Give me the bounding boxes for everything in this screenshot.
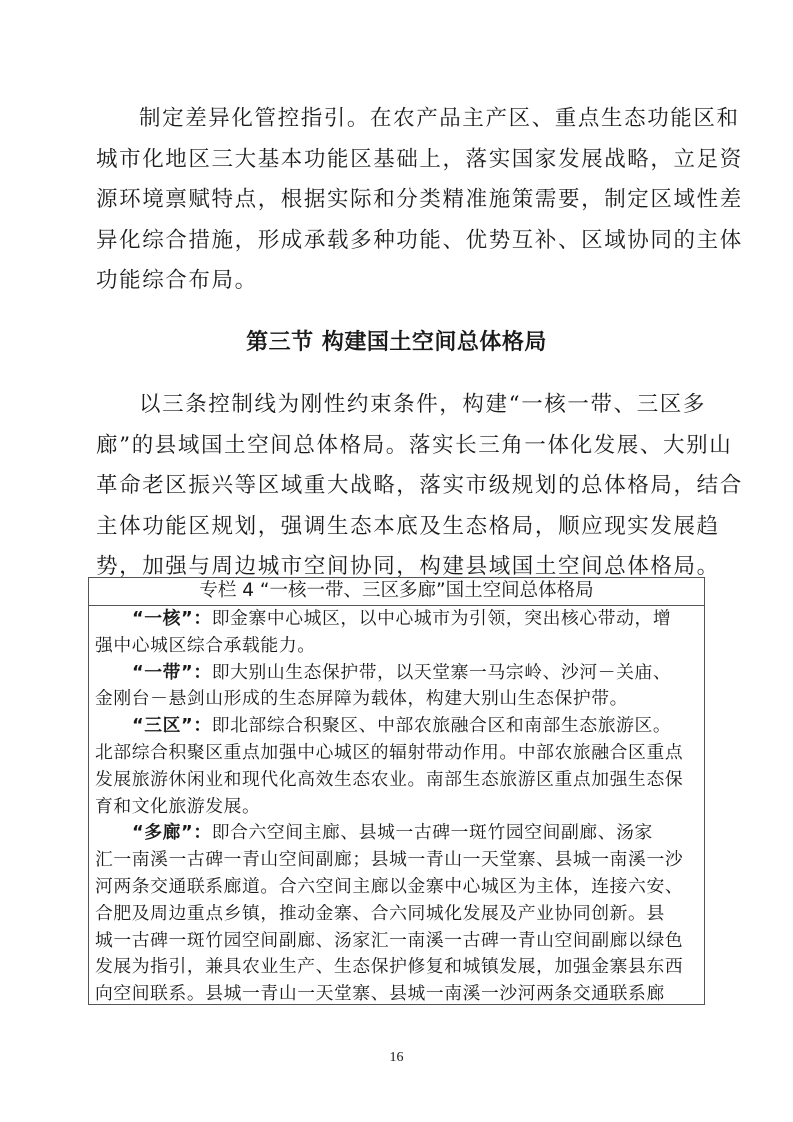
item-multi-corridors: “多廊”：即合六空间主廊、县城一古碑一斑竹园空间副廊、汤家 汇一南溪一古碑一青山… — [95, 820, 698, 1008]
text-line: 制定差异化管控指引。在农产品主产区、重点生态功能区和 — [96, 99, 706, 140]
item-three-zones: “三区”：即北部综合积聚区、中部农旅融合区和南部生态旅游区。 北部综合积聚区重点… — [95, 713, 698, 820]
text-line: 革命老区振兴等区域重大战略，落实市级规划的总体格局，结合 — [96, 466, 706, 507]
text-line: 城市化地区三大基本功能区基础上，落实国家发展战略，立足资 — [96, 140, 706, 181]
text-line: 源环境禀赋特点，根据实际和分类精准施策需要，制定区域性差 — [96, 180, 706, 221]
text-line: 即合六空间主廊、县城一古碑一斑竹园空间副廊、汤家 — [212, 822, 653, 843]
text-line: 北部综合积聚区重点加强中心城区的辐射带动作用。中部农旅融合区重点 — [95, 740, 698, 767]
text-line: 功能综合布局。 — [96, 261, 706, 302]
column-box-4: 专栏 4 “一核一带、三区多廊”国土空间总体格局 “一核”：即金寨中心城区，以中… — [88, 577, 705, 1005]
text-line: 发展为指引，兼具农业生产、生态保护修复和城镇发展，加强金寨县东西 — [95, 954, 698, 981]
text-line: 金刚台－悬剑山形成的生态屏障为载体，构建大别山生态保护带。 — [95, 686, 698, 713]
text-line: 汇一南溪一古碑一青山空间副廊；县城一青山一天堂寨、县城一南溪一沙 — [95, 847, 698, 874]
text-line: 异化综合措施，形成承载多种功能、优势互补、区域协同的主体 — [96, 221, 706, 262]
keyword: “多廊”： — [132, 822, 212, 843]
keyword: “一带”： — [132, 662, 212, 683]
keyword: “一核”： — [132, 608, 212, 629]
text-line: 主体功能区规划，强调生态本底及生态格局，顺应现实发展趋 — [96, 507, 706, 548]
text-line: 发展旅游休闲业和现代化高效生态农业。南部生态旅游区重点加强生态保 — [95, 767, 698, 794]
text-line: 育和文化旅游发展。 — [95, 794, 698, 821]
keyword: “三区”： — [132, 715, 212, 736]
text-line: 廊”的县域国土空间总体格局。落实长三角一体化发展、大别山 — [96, 426, 706, 467]
text-line: 即金寨中心城区，以中心城市为引领，突出核心带动，增 — [212, 608, 672, 629]
item-one-core: “一核”：即金寨中心城区，以中心城市为引领，突出核心带动，增 强中心城区综合承载… — [95, 606, 698, 660]
text-line: 即北部综合积聚区、中部农旅融合区和南部生态旅游区。 — [212, 715, 672, 736]
text-line: 以三条控制线为刚性约束条件，构建“一核一带、三区多 — [96, 385, 706, 426]
text-line: 城一古碑一斑竹园空间副廊、汤家汇一南溪一古碑一青山空间副廊以绿色 — [95, 928, 698, 955]
text-line: 即大别山生态保护带，以天堂寨一马宗岭、沙河－关庙、 — [212, 662, 672, 683]
paragraph-spatial-pattern: 以三条控制线为刚性约束条件，构建“一核一带、三区多 廊”的县域国土空间总体格局。… — [96, 385, 706, 588]
text-line: 向空间联系。县城一青山一天堂寨、县城一南溪一沙河两条交通联系廊 — [95, 981, 698, 1008]
box-title: 专栏 4 “一核一带、三区多廊”国土空间总体格局 — [89, 578, 704, 606]
item-one-belt: “一带”：即大别山生态保护带，以天堂寨一马宗岭、沙河－关庙、 金刚台－悬剑山形成… — [95, 660, 698, 714]
page-number: 16 — [0, 1050, 793, 1066]
paragraph-differentiated-control: 制定差异化管控指引。在农产品主产区、重点生态功能区和 城市化地区三大基本功能区基… — [96, 99, 706, 302]
box-body: “一核”：即金寨中心城区，以中心城市为引领，突出核心带动，增 强中心城区综合承载… — [89, 606, 704, 1008]
text-line: 强中心城区综合承载能力。 — [95, 633, 698, 660]
section-heading: 第三节 构建国土空间总体格局 — [0, 325, 793, 356]
text-line: 合肥及周边重点乡镇，推动金寨、合六同城化发展及产业协同创新。县 — [95, 901, 698, 928]
text-line: 河两条交通联系廊道。合六空间主廊以金寨中心城区为主体，连接六安、 — [95, 874, 698, 901]
